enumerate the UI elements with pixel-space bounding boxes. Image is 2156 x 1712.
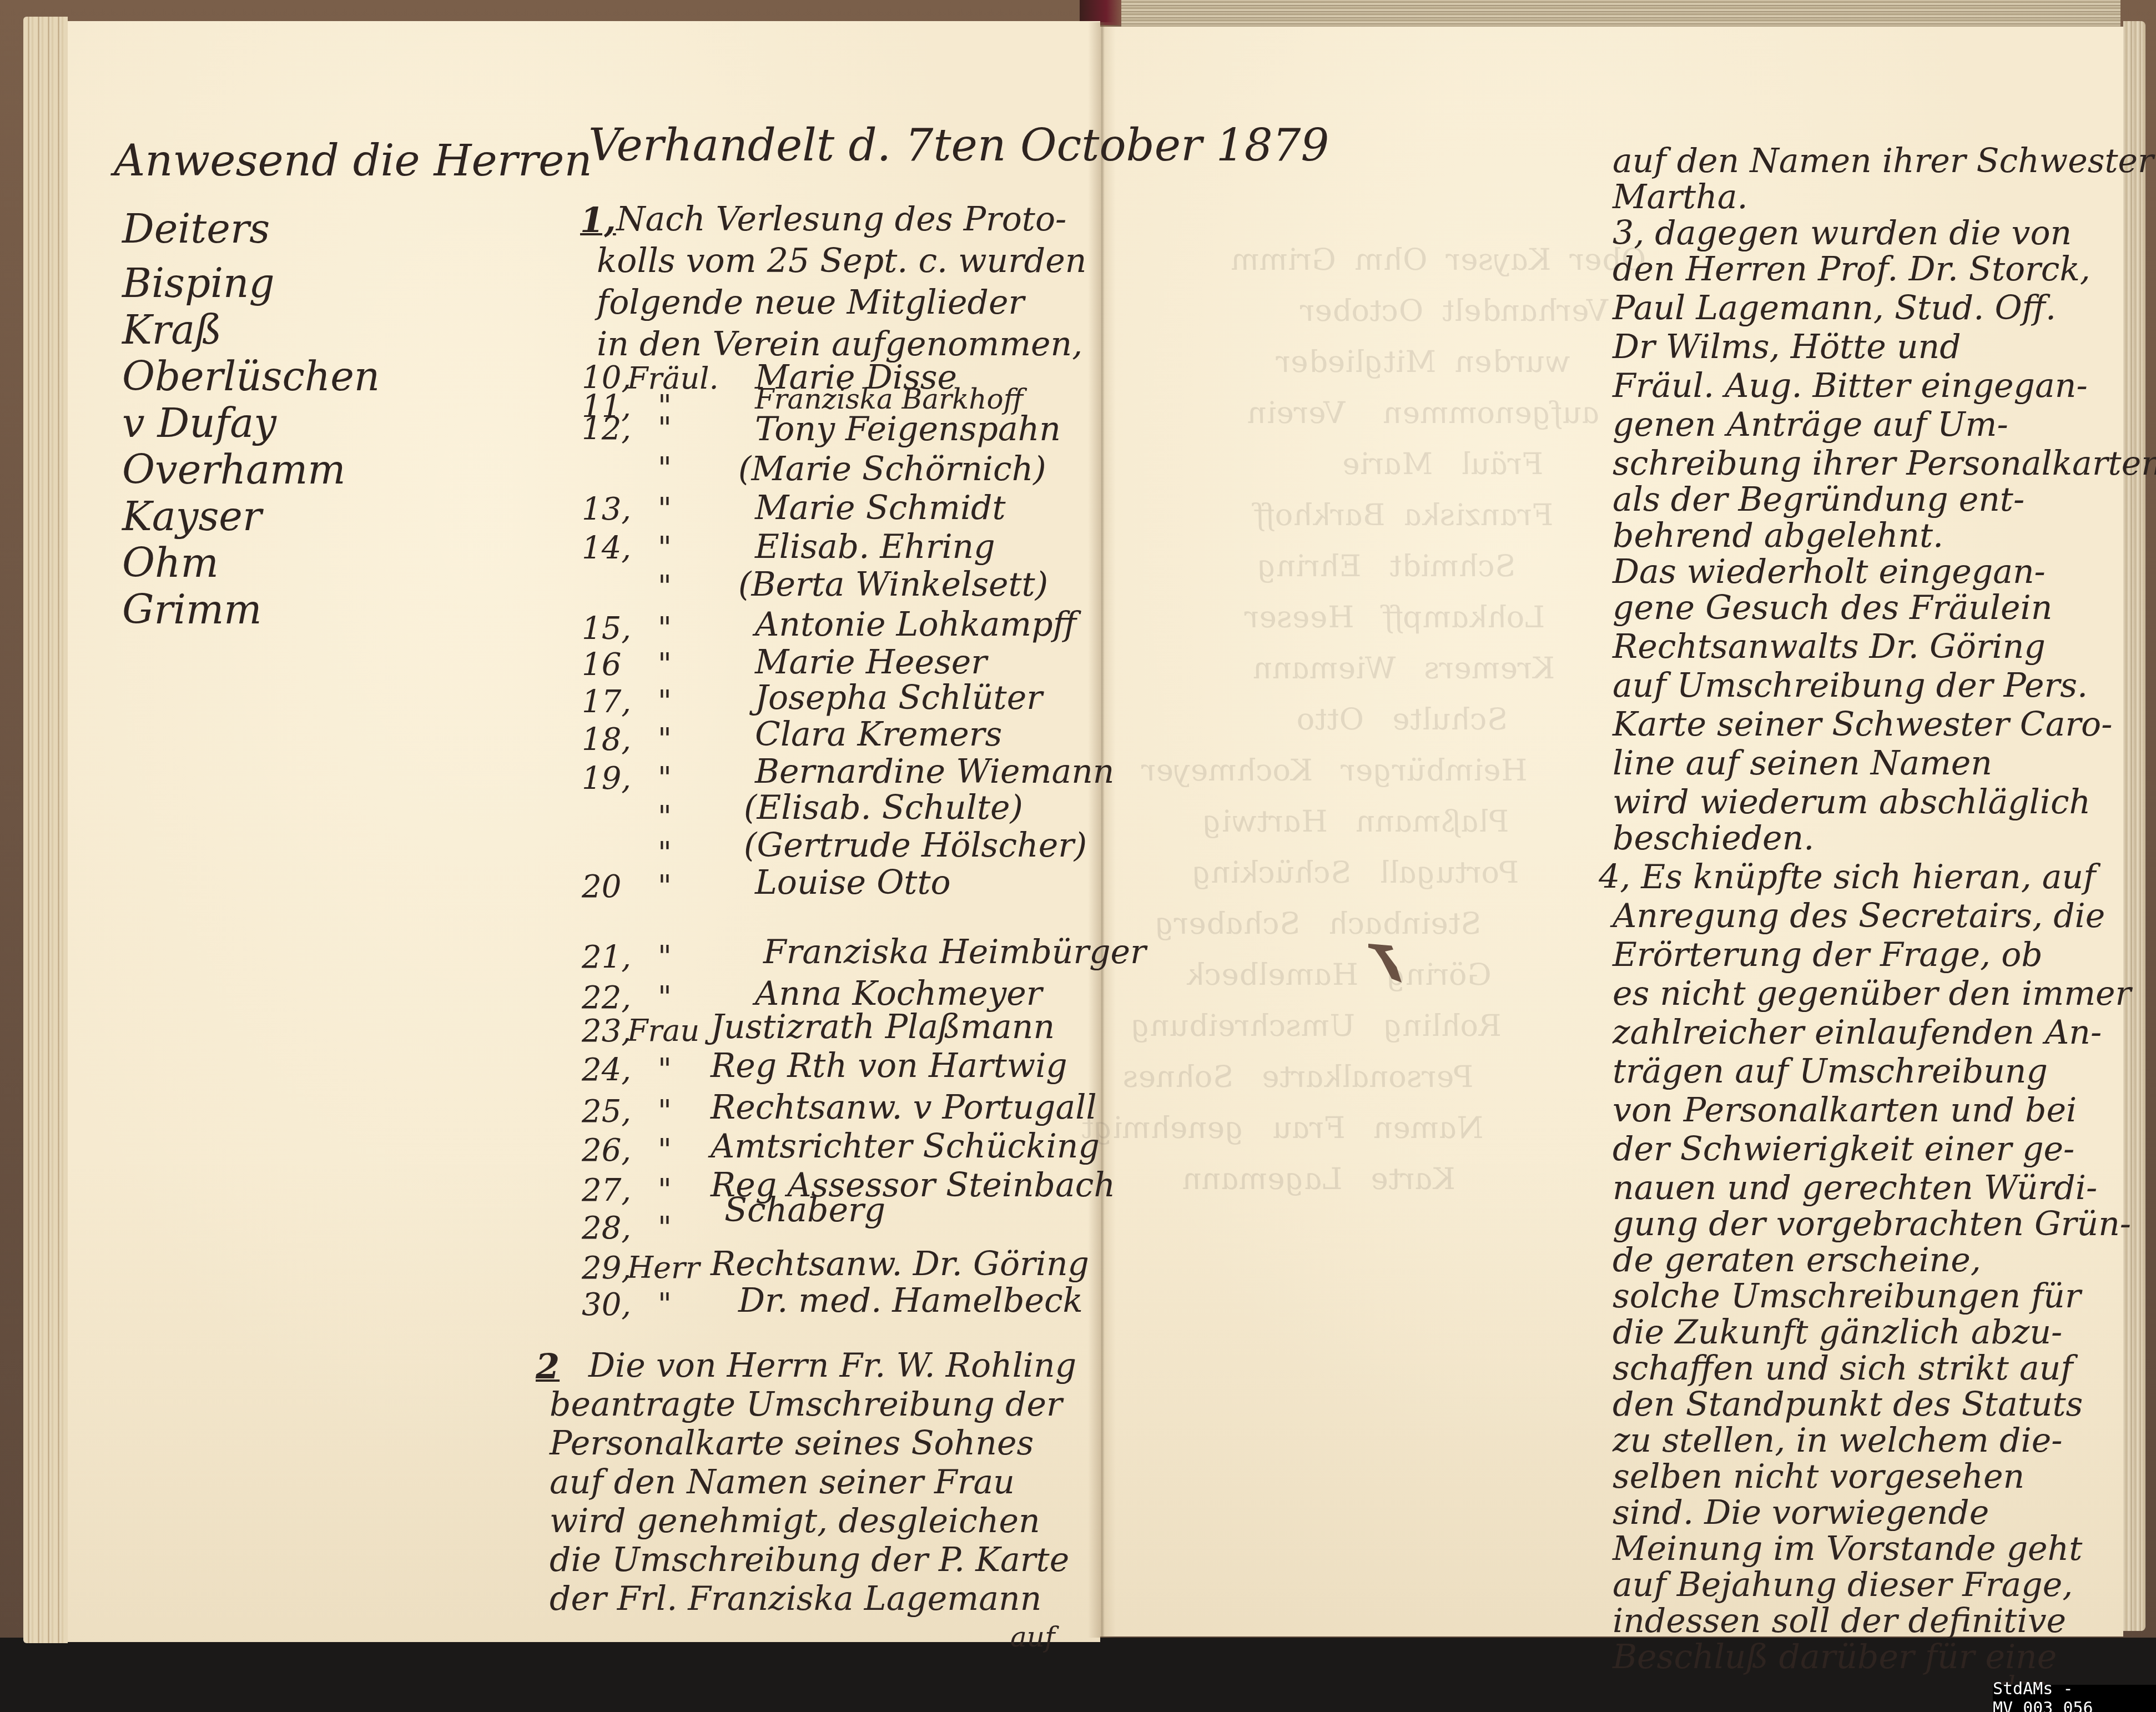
text-line: den Standpunkt des Statuts <box>1613 1385 2083 1424</box>
item-line: Die von Herrn Fr. W. Rohling <box>588 1346 1076 1385</box>
text-line: Meinung im Vorstande geht <box>1613 1529 2082 1568</box>
member-name: Justizrath Plaßmann <box>711 1008 1055 1046</box>
member-title: " <box>658 799 672 834</box>
member-number: 13, <box>582 491 631 527</box>
member-number: 25, <box>582 1094 631 1130</box>
member-name: Marie Heeser <box>755 643 987 682</box>
member-title: " <box>658 451 672 486</box>
text-line: gene Gesuch des Fräulein <box>1613 588 2052 627</box>
text-line: solche Umschreibungen für <box>1613 1277 2081 1316</box>
member-name: Tony Feigenspahn <box>755 410 1061 449</box>
page-block-top-edge <box>1121 0 2120 27</box>
text-line: auf den Namen ihrer Schwester <box>1613 142 2154 180</box>
member-title: " <box>658 980 672 1015</box>
text-line: behrend abgelehnt. <box>1613 516 1943 555</box>
archive-label: StdAMs - MV_003_056 <box>1993 1685 2156 1712</box>
member-title: " <box>658 1172 672 1207</box>
member-number: 24, <box>582 1052 631 1088</box>
member-name: Josepha Schlüter <box>755 678 1042 717</box>
member-name: Antonie Lohkampff <box>755 605 1076 644</box>
text-line: Anregung des Secretairs, die <box>1613 897 2105 935</box>
member-title: " <box>658 1287 672 1322</box>
text-line: line auf seinen Namen <box>1613 744 1992 783</box>
member-number: 14, <box>582 530 631 566</box>
attendance-heading: Anwesend die Herren <box>114 136 592 186</box>
text-line: schreibung ihrer Personalkarten <box>1613 444 2156 483</box>
member-name: Amtsrichter Schücking <box>711 1127 1100 1166</box>
text-line: Dr Wilms, Hötte und <box>1613 328 1961 366</box>
member-number: 27, <box>582 1172 631 1209</box>
member-number: 19, <box>582 761 631 797</box>
member-number: 26, <box>582 1132 631 1169</box>
member-title: " <box>658 835 672 870</box>
text-line: 3, dagegen wurden die von <box>1613 214 2072 253</box>
attendee-name: Kayser <box>122 493 261 540</box>
member-title: " <box>658 761 672 795</box>
member-title: " <box>658 1052 672 1087</box>
text-line: gung der vorgebrachten Grün- <box>1613 1205 2131 1243</box>
member-title: Fräul. <box>627 361 719 396</box>
text-line: 4, Es knüpfte sich hieran, auf <box>1599 858 2095 897</box>
page-block-left-edge <box>23 17 68 1643</box>
member-title: " <box>658 1210 672 1245</box>
text-line: Rechtsanwalts Dr. Göring <box>1613 627 2046 666</box>
member-title: Herr <box>627 1250 700 1285</box>
item-number: 2 <box>536 1346 560 1387</box>
text-line: Fräul. Aug. Bitter eingegan- <box>1613 366 2088 405</box>
member-name: Franziska Heimbürger <box>763 933 1146 971</box>
member-title: " <box>658 722 672 757</box>
member-name: Rechtsanw. v Portugall <box>711 1088 1097 1127</box>
item-line: kolls vom 25 Sept. c. wurden <box>597 241 1086 280</box>
text-line: auf Umschreibung der Pers. <box>1613 666 2088 705</box>
attendee-name: Bisping <box>122 260 274 306</box>
member-number: 12, <box>582 411 631 447</box>
member-name: (Marie Schörnich) <box>738 450 1046 489</box>
member-number: 28, <box>582 1210 631 1246</box>
text-line: beschieden. <box>1613 819 1814 858</box>
member-title: " <box>658 647 672 682</box>
member-title: " <box>658 684 672 719</box>
attendee-name: Overhamm <box>122 446 346 493</box>
text-line: schaffen und sich strikt auf <box>1613 1349 2073 1388</box>
attendee-name: Deiters <box>122 205 270 252</box>
member-title: Frau <box>627 1013 699 1048</box>
member-number: 29, <box>582 1250 631 1286</box>
member-number: 23, <box>582 1013 631 1049</box>
text-line: Das wiederholt eingegan- <box>1613 552 2046 591</box>
text-line: es nicht gegenüber den immer <box>1613 974 2131 1013</box>
text-line: wird wiederum abschläglich <box>1613 783 2090 822</box>
member-title: " <box>658 1094 672 1129</box>
item-line: der Frl. Franziska Lagemann <box>550 1579 1041 1618</box>
member-title: " <box>658 869 672 904</box>
text-line: Erörterung der Frage, ob <box>1613 935 2043 974</box>
member-name: Schaberg <box>724 1191 885 1230</box>
attendee-name: Grimm <box>122 586 262 633</box>
text-line: der Schwierigkeit einer ge- <box>1613 1130 2074 1169</box>
member-number: 18, <box>582 722 631 758</box>
attendee-name: Oberlüschen <box>122 353 380 400</box>
text-line: trägen auf Umschreibung <box>1613 1052 2048 1091</box>
member-title: " <box>658 411 672 446</box>
member-name: Louise Otto <box>755 863 951 902</box>
member-name: (Berta Winkelsett) <box>738 565 1048 604</box>
text-line: genen Anträge auf Um- <box>1613 405 2008 444</box>
member-title: " <box>658 569 672 604</box>
member-name: (Elisab. Schulte) <box>744 788 1023 827</box>
member-name: Clara Kremers <box>755 715 1002 754</box>
member-name: Marie Schmidt <box>755 489 1006 527</box>
text-line: die Zukunft gänzlich abzu- <box>1613 1313 2062 1352</box>
member-name: Rechtsanw. Dr. Göring <box>711 1245 1089 1283</box>
item-line: folgende neue Mitglieder <box>597 283 1024 322</box>
text-line: Paul Lagemann, Stud. Off. <box>1613 289 2056 328</box>
text-line: Beschluß darüber für eine <box>1613 1638 2057 1676</box>
member-name: Elisab. Ehring <box>755 527 995 566</box>
member-number: 20 <box>582 869 621 905</box>
text-line: indessen soll der definitive <box>1613 1602 2066 1640</box>
text-line: zahlreicher einlaufenden An- <box>1613 1013 2102 1052</box>
item-number: 1, <box>580 200 616 240</box>
text-line: de geraten erscheine, <box>1613 1241 1981 1280</box>
text-line: selben nicht vorgesehen <box>1613 1457 2024 1496</box>
member-number: 21, <box>582 939 631 975</box>
member-number: 15, <box>582 611 631 647</box>
member-number: 22, <box>582 980 631 1016</box>
catchword: auf <box>1010 1621 1055 1653</box>
attendee-name: Kraß <box>122 306 221 353</box>
text-line: nauen und gerechten Würdi- <box>1613 1169 2097 1207</box>
text-line: zu stellen, in welchem die- <box>1613 1421 2062 1460</box>
text-line: Martha. <box>1613 178 1748 216</box>
text-line: Karte seiner Schwester Caro- <box>1613 705 2113 744</box>
session-heading: Verhandelt d. 7ten October 1879 <box>588 119 1329 171</box>
text-line: als der Begründung ent- <box>1613 480 2024 519</box>
item-line: wird genehmigt, desgleichen <box>550 1502 1040 1540</box>
member-number: 16 <box>582 647 621 683</box>
book-gutter <box>1088 22 1116 1638</box>
item-line: Personalkarte seines Sohnes <box>550 1424 1034 1463</box>
member-name: (Gertrude Hölscher) <box>744 826 1087 865</box>
member-name: Bernardine Wiemann <box>755 752 1114 791</box>
text-line: sind. Die vorwiegende <box>1613 1493 1989 1532</box>
member-title: " <box>658 939 672 974</box>
text-line: den Herren Prof. Dr. Storck, <box>1613 250 2090 289</box>
member-title: " <box>658 1132 672 1167</box>
member-number: 17, <box>582 684 631 720</box>
member-number: 30, <box>582 1287 631 1323</box>
member-title: " <box>658 491 672 526</box>
item-line: die Umschreibung der P. Karte <box>550 1540 1069 1579</box>
attendee-name: Ohm <box>122 540 219 586</box>
text-line: auf Bejahung dieser Frage, <box>1613 1565 2073 1604</box>
attendee-name: v Dufay <box>122 400 276 446</box>
member-title: " <box>658 530 672 565</box>
item-line: Nach Verlesung des Proto- <box>616 200 1066 239</box>
item-line: beantragte Umschreibung der <box>550 1385 1062 1424</box>
member-name: Dr. med. Hamelbeck <box>738 1281 1083 1320</box>
text-line: von Personalkarten und bei <box>1613 1091 2077 1130</box>
member-title: " <box>658 611 672 646</box>
item-line: auf den Namen seiner Frau <box>550 1463 1015 1502</box>
member-name: Reg Rth von Hartwig <box>711 1046 1067 1085</box>
page-block-right-edge <box>2123 21 2145 1631</box>
